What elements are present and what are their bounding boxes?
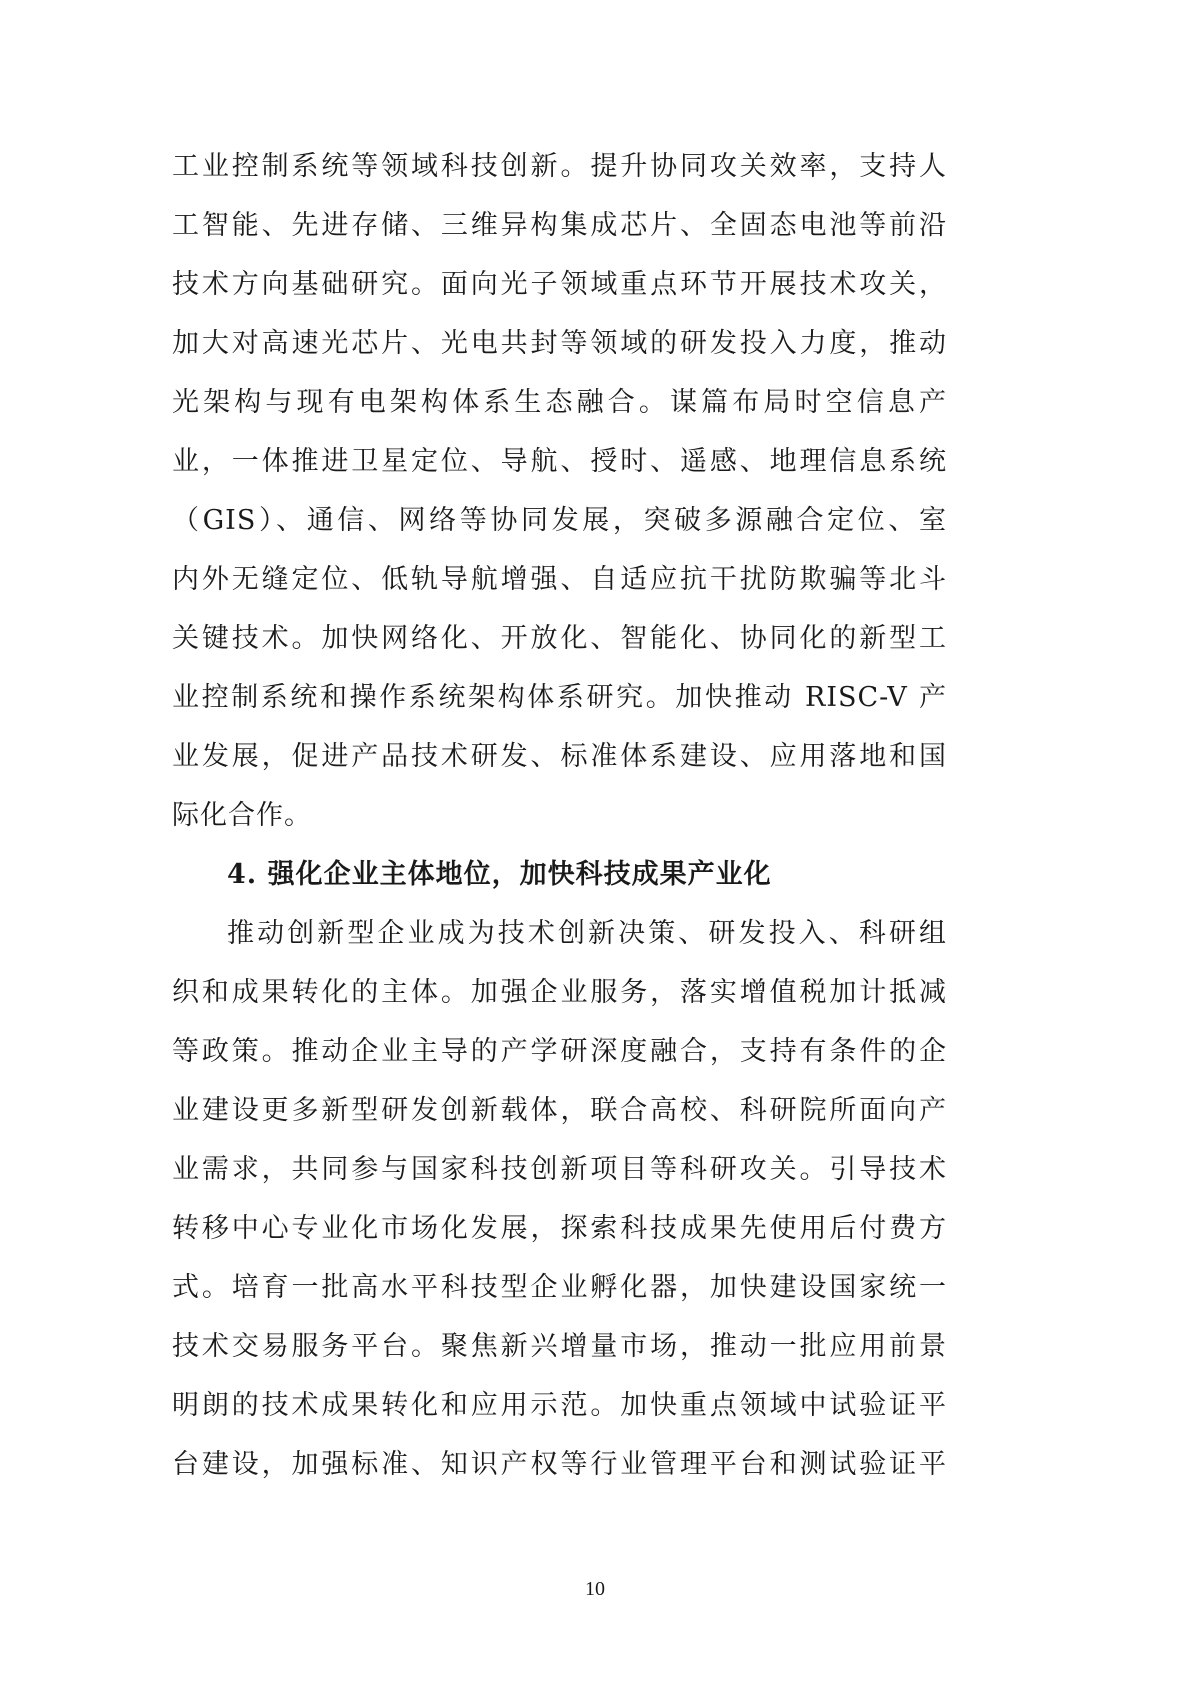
text-line: 技术交易服务平台。聚焦新兴增量市场，推动一批应用前景 xyxy=(172,1327,947,1367)
document-page: 工业控制系统等领域科技创新。提升协同攻关效率，支持人 工智能、先进存储、三维异构… xyxy=(0,0,1190,1683)
page-number: 10 xyxy=(0,1578,1190,1601)
text-line: 明朗的技术成果转化和应用示范。加快重点领域中试验证平 xyxy=(172,1386,947,1426)
text-line: 式。培育一批高水平科技型企业孵化器，加快建设国家统一 xyxy=(172,1268,947,1308)
text-line: 业建设更多新型研发创新载体，联合高校、科研院所面向产 xyxy=(172,1091,947,1131)
text-line: 业控制系统和操作系统架构体系研究。加快推动 RISC-V 产 xyxy=(172,678,947,718)
text-line: 台建设，加强标准、知识产权等行业管理平台和测试验证平 xyxy=(172,1445,947,1485)
text-line: 业需求，共同参与国家科技创新项目等科研攻关。引导技术 xyxy=(172,1150,947,1190)
text-line: 光架构与现有电架构体系生态融合。谋篇布局时空信息产 xyxy=(172,383,947,423)
text-line: 工业控制系统等领域科技创新。提升协同攻关效率，支持人 xyxy=(172,147,947,187)
text-line: 业，一体推进卫星定位、导航、授时、遥感、地理信息系统 xyxy=(172,442,947,482)
text-line: 织和成果转化的主体。加强企业服务，落实增值税加计抵减 xyxy=(172,973,947,1013)
text-line: 推动创新型企业成为技术创新决策、研发投入、科研组 xyxy=(227,914,947,954)
text-line: 转移中心专业化市场化发展，探索科技成果先使用后付费方 xyxy=(172,1209,947,1249)
text-line: 技术方向基础研究。面向光子领域重点环节开展技术攻关， xyxy=(172,265,947,305)
section-heading: 4. 强化企业主体地位，加快科技成果产业化 xyxy=(227,855,772,895)
text-line: 业发展，促进产品技术研发、标准体系建设、应用落地和国 xyxy=(172,737,947,777)
text-line: 际化合作。 xyxy=(172,796,947,836)
text-line: 内外无缝定位、低轨导航增强、自适应抗干扰防欺骗等北斗 xyxy=(172,560,947,600)
text-line: 加大对高速光芯片、光电共封等领域的研发投入力度，推动 xyxy=(172,324,947,364)
text-line: 工智能、先进存储、三维异构集成芯片、全固态电池等前沿 xyxy=(172,206,947,246)
text-line: 关键技术。加快网络化、开放化、智能化、协同化的新型工 xyxy=(172,619,947,659)
text-line: （GIS）、通信、网络等协同发展，突破多源融合定位、室 xyxy=(172,501,947,541)
text-line: 等政策。推动企业主导的产学研深度融合，支持有条件的企 xyxy=(172,1032,947,1072)
